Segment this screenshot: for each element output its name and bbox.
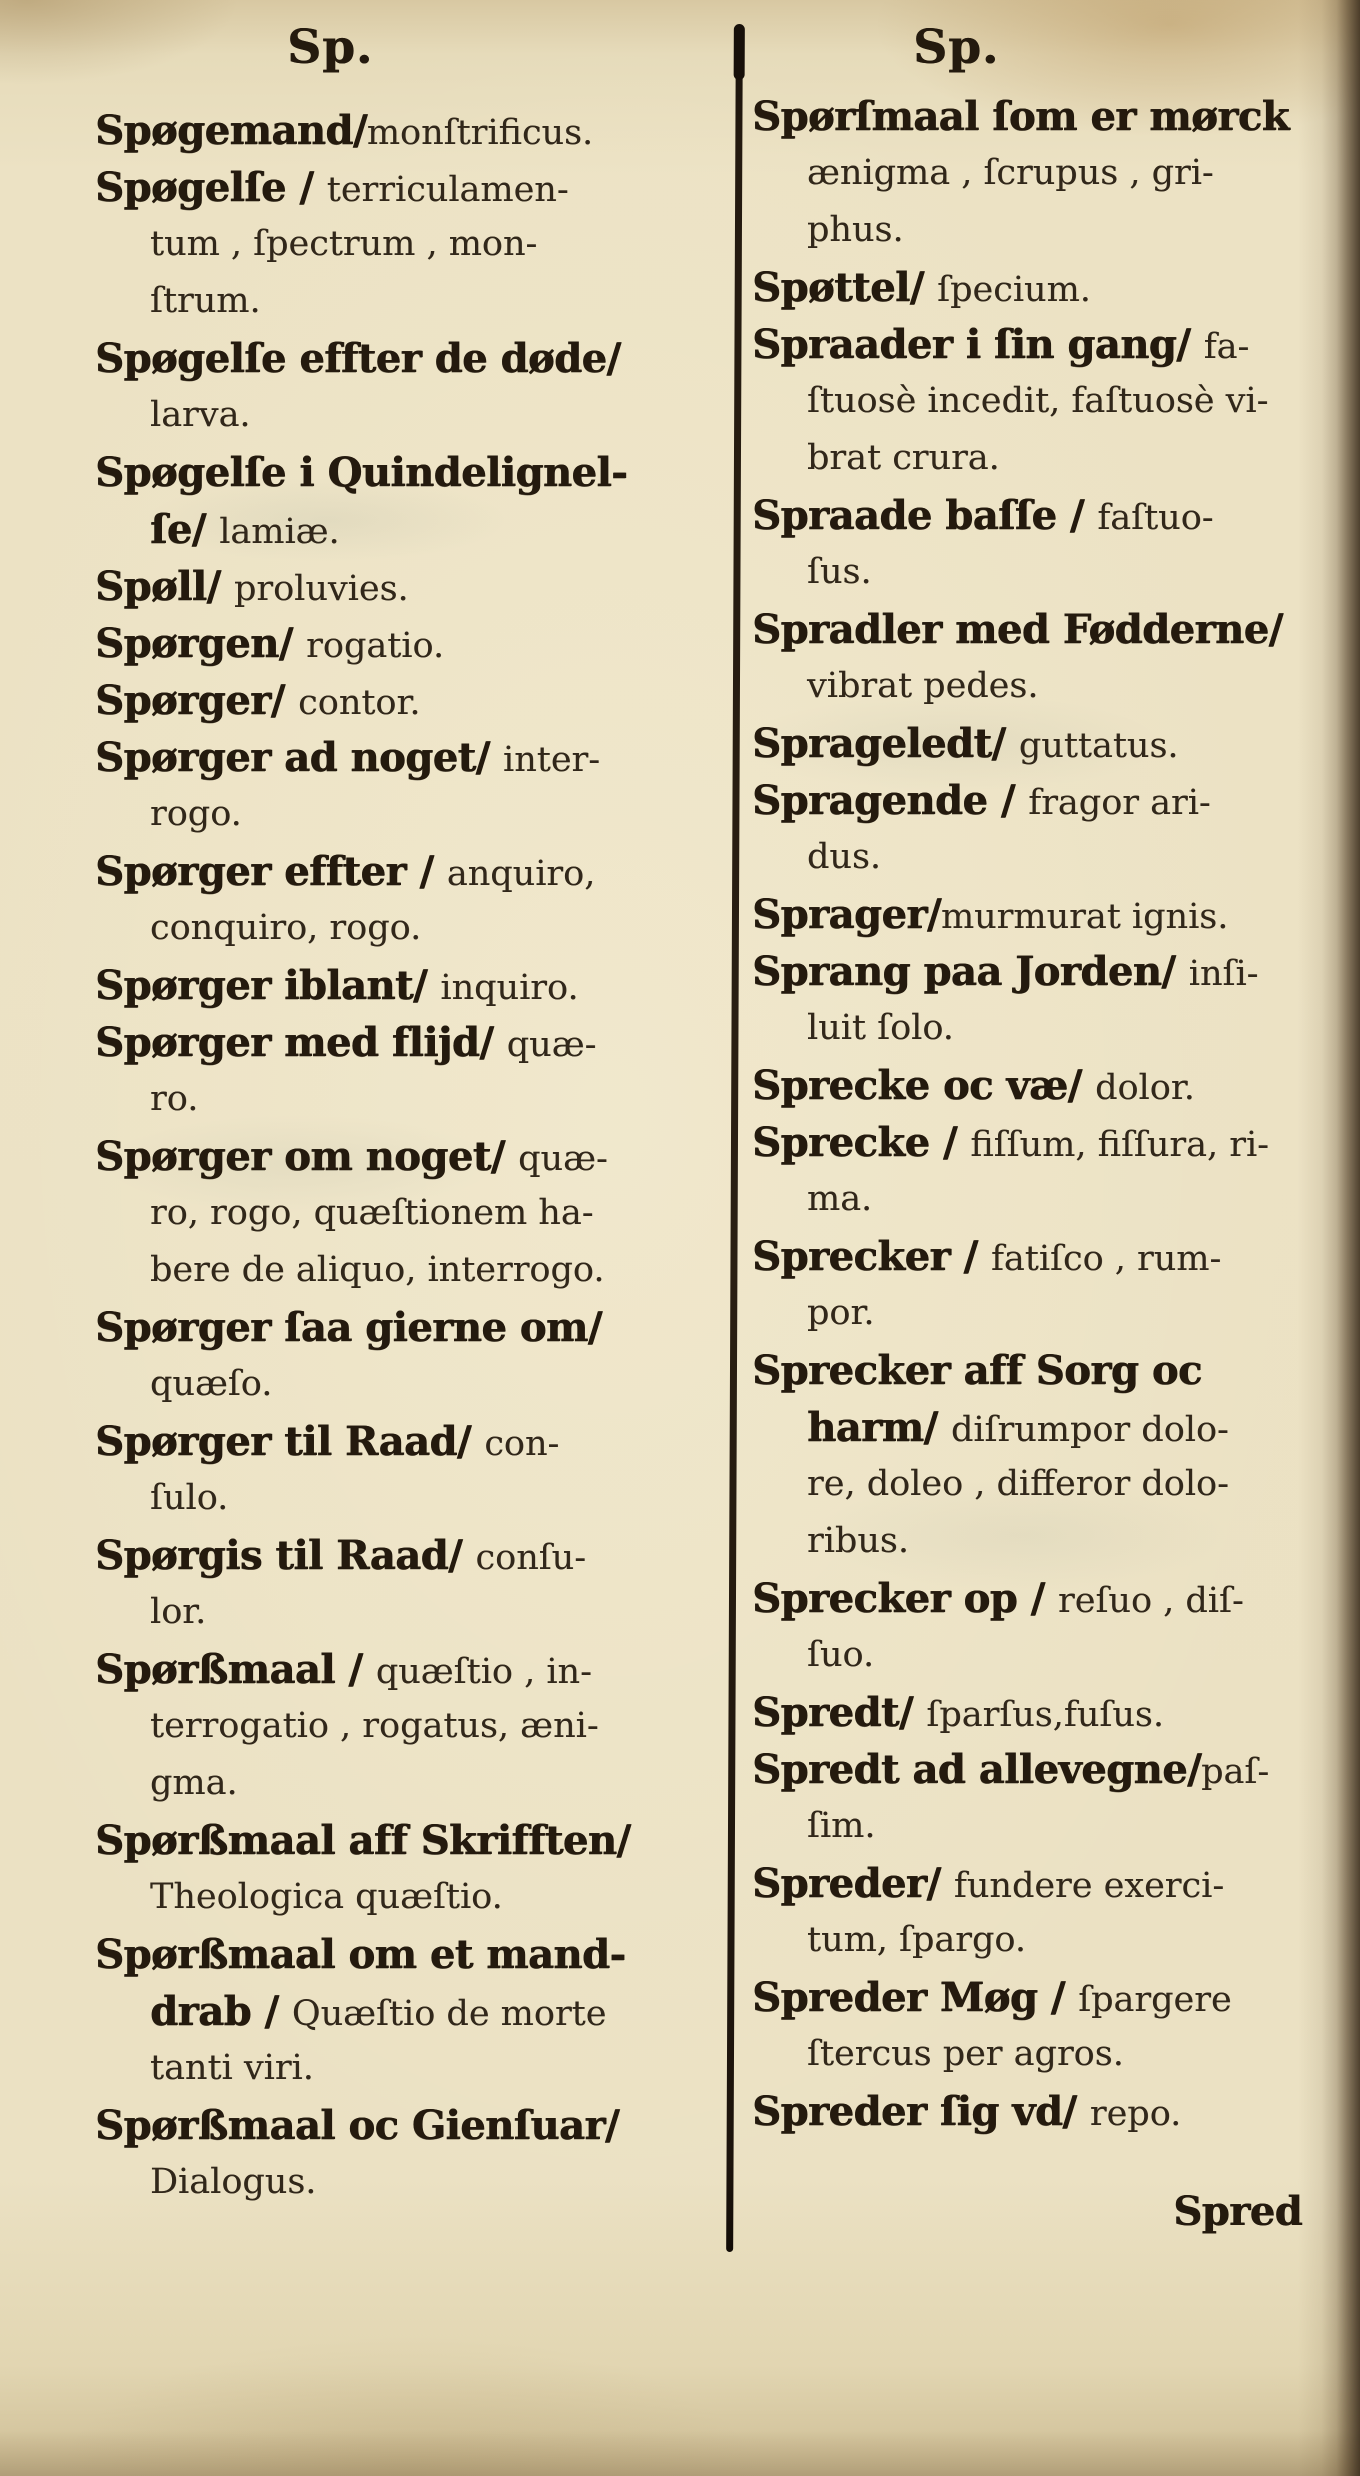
headword-text: Spørgen/ bbox=[95, 620, 306, 667]
entry-line: luit ſolo. bbox=[752, 1000, 1312, 1057]
latin-text: fatiſco , rum- bbox=[991, 1239, 1221, 1279]
column-divider-rule bbox=[726, 26, 743, 2252]
latin-text: ſtrum. bbox=[150, 281, 261, 321]
latin-text: lor. bbox=[150, 1592, 206, 1632]
entry-line: ribus. bbox=[752, 1513, 1312, 1570]
headword-text: Spradler med Fødderne/ bbox=[752, 606, 1283, 653]
latin-text: phus. bbox=[807, 210, 904, 250]
latin-text: paſ- bbox=[1201, 1752, 1269, 1792]
entry-line: harm/ diſrumpor dolo- bbox=[752, 1399, 1312, 1456]
bottom-paper-edge bbox=[0, 2430, 1360, 2476]
entry-line: phus. bbox=[752, 202, 1312, 259]
latin-text: Theologica quæſtio. bbox=[150, 1877, 503, 1917]
latin-text: gma. bbox=[150, 1763, 238, 1803]
entry-line: ſtrum. bbox=[95, 273, 717, 330]
headword-text: Spørgis til Raad/ bbox=[95, 1532, 476, 1579]
latin-text: monſtrificus. bbox=[367, 113, 593, 153]
entry-line: larva. bbox=[95, 387, 717, 444]
entry-line: Spøgelſe / terriculamen- bbox=[95, 159, 717, 216]
latin-text: ro. bbox=[150, 1079, 198, 1119]
entry-line: Sprecker / fatiſco , rum- bbox=[752, 1228, 1312, 1285]
headword-text: Spøgelſe effter de døde/ bbox=[95, 335, 621, 382]
dictionary-entry: Spreder/ fundere exerci-tum, ſpargo. bbox=[752, 1855, 1312, 1969]
headword-text: harm/ bbox=[807, 1404, 951, 1451]
headword-text: Sprageledt/ bbox=[752, 720, 1019, 767]
entry-line: Spørgen/ rogatio. bbox=[95, 615, 717, 672]
dictionary-entry: Spøgelſe effter de døde/larva. bbox=[95, 330, 717, 444]
entry-line: terrogatio , rogatus, æni- bbox=[95, 1698, 717, 1755]
headword-text: Sprecker / bbox=[752, 1233, 991, 1280]
latin-text: ro, rogo, quæſtionem ha- bbox=[150, 1193, 594, 1233]
headword-text: Spøgelſe / bbox=[95, 164, 327, 211]
headword-text: Spredt ad allevegne/ bbox=[752, 1746, 1201, 1793]
headword-text: Spraader i ſin gang/ bbox=[752, 321, 1204, 368]
entry-line: vibrat pedes. bbox=[752, 658, 1312, 715]
entry-line: Spreder/ fundere exerci- bbox=[752, 1855, 1312, 1912]
latin-text: tanti viri. bbox=[150, 2048, 314, 2088]
headword-text: Sprecke / bbox=[752, 1119, 970, 1166]
entry-line: conquiro, rogo. bbox=[95, 900, 717, 957]
headword-text: Sprecker aff Sorg oc bbox=[752, 1347, 1202, 1394]
dictionary-entry: Spørgis til Raad/ conſu-lor. bbox=[95, 1527, 717, 1641]
dictionary-entry: Spørßmaal oc Gienſuar/Dialogus. bbox=[95, 2097, 717, 2211]
latin-text: ſim. bbox=[807, 1806, 875, 1846]
entry-line: ſtercus per agros. bbox=[752, 2026, 1312, 2083]
headword-text: Spørger ad noget/ bbox=[95, 734, 503, 781]
entry-line: Spraade baſſe / faſtuo- bbox=[752, 487, 1312, 544]
latin-text: conquiro, rogo. bbox=[150, 908, 421, 948]
entry-line: Spøgelſe effter de døde/ bbox=[95, 330, 717, 387]
entry-line: Spørßmaal om et mand- bbox=[95, 1926, 717, 1983]
dictionary-entry: Spreder Møg / ſpargereſtercus per agros. bbox=[752, 1969, 1312, 2083]
entry-line: tanti viri. bbox=[95, 2040, 717, 2097]
entry-line: Spørſmaal ſom er mørck bbox=[752, 88, 1312, 145]
headword-text: Spørßmaal om et mand- bbox=[95, 1931, 625, 1978]
latin-text: terriculamen- bbox=[327, 170, 569, 210]
headword-text: Spørger med flijd/ bbox=[95, 1019, 507, 1066]
entry-line: Spørger effter / anquiro, bbox=[95, 843, 717, 900]
dictionary-entry: Spørßmaal om et mand-drab / Quæſtio de m… bbox=[95, 1926, 717, 2097]
running-head-right: Sp. bbox=[913, 20, 999, 75]
latin-text: inſi- bbox=[1189, 954, 1259, 994]
latin-text: reſuo , diſ- bbox=[1058, 1581, 1244, 1621]
headword-text: Sprecker op / bbox=[752, 1575, 1058, 1622]
entry-line: ſus. bbox=[752, 544, 1312, 601]
entry-line: Spreder Møg / ſpargere bbox=[752, 1969, 1312, 2026]
dictionary-entry: Spørgen/ rogatio. bbox=[95, 615, 717, 672]
dictionary-entry: Spøll/ proluvies. bbox=[95, 558, 717, 615]
entry-line: lor. bbox=[95, 1584, 717, 1641]
headword-text: drab / bbox=[150, 1988, 292, 2035]
dictionary-entry: Spreder ſig vd/ repo. bbox=[752, 2083, 1312, 2140]
latin-text: inquiro. bbox=[440, 968, 578, 1008]
entry-line: re, doleo , differor dolo- bbox=[752, 1456, 1312, 1513]
latin-text: fa- bbox=[1204, 327, 1250, 367]
dictionary-entry: Spredt/ ſparſus,fuſus. bbox=[752, 1684, 1312, 1741]
dictionary-entry: Spraader i ſin gang/ fa-ſtuosè incedit, … bbox=[752, 316, 1312, 487]
dictionary-entry: Sprecker aff Sorg ocharm/ diſrumpor dolo… bbox=[752, 1342, 1312, 1570]
dictionary-entry: Spørger/ contor. bbox=[95, 672, 717, 729]
headword-text: Spørßmaal aff Skrifften/ bbox=[95, 1817, 630, 1864]
headword-text: Spørßmaal oc Gienſuar/ bbox=[95, 2102, 619, 2149]
headword-text: Spreder ſig vd/ bbox=[752, 2088, 1090, 2135]
entry-line: Spørger/ contor. bbox=[95, 672, 717, 729]
headword-text: Spørger/ bbox=[95, 677, 298, 724]
latin-text: dus. bbox=[807, 837, 881, 877]
latin-text: faſtuo- bbox=[1097, 498, 1213, 538]
dictionary-entry: Sprecker op / reſuo , diſ-ſuo. bbox=[752, 1570, 1312, 1684]
entry-line: por. bbox=[752, 1285, 1312, 1342]
entry-line: Spørger til Raad/ con- bbox=[95, 1413, 717, 1470]
entry-line: Sprager/murmurat ignis. bbox=[752, 886, 1312, 943]
entry-line: quæſo. bbox=[95, 1356, 717, 1413]
dictionary-entry: Spørger til Raad/ con-ſulo. bbox=[95, 1413, 717, 1527]
dictionary-entry: Spragende / fragor ari-dus. bbox=[752, 772, 1312, 886]
entry-line: ſtuosè incedit, faſtuosè vi- bbox=[752, 373, 1312, 430]
entry-line: ſe/ lamiæ. bbox=[95, 501, 717, 558]
entry-line: Spragende / fragor ari- bbox=[752, 772, 1312, 829]
headword-text: Spørger til Raad/ bbox=[95, 1418, 484, 1465]
dictionary-entry: Spørger ſaa gierne om/quæſo. bbox=[95, 1299, 717, 1413]
entry-line: Sprecke / fiſſum, fiſſura, ri- bbox=[752, 1114, 1312, 1171]
latin-text: ſus. bbox=[807, 552, 872, 592]
dictionary-entry: Spøgelſe i Quindelignel-ſe/ lamiæ. bbox=[95, 444, 717, 558]
latin-text: fiſſum, fiſſura, ri- bbox=[970, 1125, 1269, 1165]
headword-text: Spøttel/ bbox=[752, 264, 937, 311]
dictionary-entry: Spørger effter / anquiro,conquiro, rogo. bbox=[95, 843, 717, 957]
headword-text: Sprecke oc væ/ bbox=[752, 1062, 1095, 1109]
dictionary-entry: Spørſmaal ſom er mørckænigma , ſcrupus ,… bbox=[752, 88, 1312, 259]
entry-line: ænigma , ſcrupus , gri- bbox=[752, 145, 1312, 202]
entry-line: Spørger ad noget/ inter- bbox=[95, 729, 717, 786]
entry-line: rogo. bbox=[95, 786, 717, 843]
dictionary-entry: Sprang paa Jorden/ inſi-luit ſolo. bbox=[752, 943, 1312, 1057]
entry-line: Spørßmaal / quæſtio , in- bbox=[95, 1641, 717, 1698]
latin-text: Dialogus. bbox=[150, 2162, 316, 2202]
latin-text: re, doleo , differor dolo- bbox=[807, 1464, 1229, 1504]
entry-line: Spradler med Fødderne/ bbox=[752, 601, 1312, 658]
latin-text: ribus. bbox=[807, 1521, 909, 1561]
entry-line: Spøgelſe i Quindelignel- bbox=[95, 444, 717, 501]
dictionary-entry: Sprecke oc væ/ dolor. bbox=[752, 1057, 1312, 1114]
entry-line: Spørßmaal aff Skrifften/ bbox=[95, 1812, 717, 1869]
latin-text: bere de aliquo, interrogo. bbox=[150, 1250, 605, 1290]
latin-text: rogo. bbox=[150, 794, 242, 834]
entry-line: ro. bbox=[95, 1071, 717, 1128]
latin-text: ſuo. bbox=[807, 1635, 874, 1675]
entry-line: Spørßmaal oc Gienſuar/ bbox=[95, 2097, 717, 2154]
latin-text: ſtuosè incedit, faſtuosè vi- bbox=[807, 381, 1268, 421]
headword-text: Spøgemand/ bbox=[95, 107, 367, 154]
entry-line: Spraader i ſin gang/ fa- bbox=[752, 316, 1312, 373]
latin-text: murmurat ignis. bbox=[941, 897, 1228, 937]
latin-text: luit ſolo. bbox=[807, 1008, 954, 1048]
entry-line: ſulo. bbox=[95, 1470, 717, 1527]
entry-line: Spørger om noget/ quæ- bbox=[95, 1128, 717, 1185]
dictionary-entry: Spørger med flijd/ quæ-ro. bbox=[95, 1014, 717, 1128]
dictionary-entry: Spørßmaal aff Skrifften/Theologica quæſt… bbox=[95, 1812, 717, 1926]
latin-text: fundere exerci- bbox=[954, 1866, 1224, 1906]
headword-text: Spreder Møg / bbox=[752, 1974, 1078, 2021]
latin-text: ſtercus per agros. bbox=[807, 2034, 1124, 2074]
column-right: Spørſmaal ſom er mørckænigma , ſcrupus ,… bbox=[752, 88, 1312, 2140]
headword-text: Sprang paa Jorden/ bbox=[752, 948, 1189, 995]
headword-text: Spørger effter / bbox=[95, 848, 447, 895]
entry-line: bere de aliquo, interrogo. bbox=[95, 1242, 717, 1299]
entry-line: Spøgemand/monſtrificus. bbox=[95, 102, 717, 159]
latin-text: quæ- bbox=[518, 1139, 608, 1179]
headword-text: Spøll/ bbox=[95, 563, 234, 610]
headword-text: Spørſmaal ſom er mørck bbox=[752, 93, 1289, 140]
dictionary-entry: Sprager/murmurat ignis. bbox=[752, 886, 1312, 943]
latin-text: guttatus. bbox=[1019, 726, 1179, 766]
latin-text: proluvies. bbox=[234, 569, 409, 609]
dictionary-entry: Spørger om noget/ quæ-ro, rogo, quæſtion… bbox=[95, 1128, 717, 1299]
dictionary-entry: Spøttel/ ſpecium. bbox=[752, 259, 1312, 316]
headword-text: Spreder/ bbox=[752, 1860, 954, 1907]
dictionary-entry: Sprageledt/ guttatus. bbox=[752, 715, 1312, 772]
latin-text: Quæſtio de morte bbox=[292, 1994, 607, 2034]
entry-line: tum, ſpargo. bbox=[752, 1912, 1312, 1969]
headword-text: Spraade baſſe / bbox=[752, 492, 1097, 539]
latin-text: conſu- bbox=[476, 1538, 587, 1578]
entry-line: Dialogus. bbox=[95, 2154, 717, 2211]
entry-line: Sprang paa Jorden/ inſi- bbox=[752, 943, 1312, 1000]
dictionary-entry: Spørßmaal / quæſtio , in-terrogatio , ro… bbox=[95, 1641, 717, 1812]
latin-text: ſpargere bbox=[1078, 1980, 1232, 2020]
entry-line: Theologica quæſtio. bbox=[95, 1869, 717, 1926]
catchword: Spred bbox=[1173, 2188, 1302, 2235]
headword-text: Spragende / bbox=[752, 777, 1028, 824]
headword-text: Sprager/ bbox=[752, 891, 941, 938]
latin-text: vibrat pedes. bbox=[807, 666, 1038, 706]
dictionary-entry: Spørger iblant/ inquiro. bbox=[95, 957, 717, 1014]
dictionary-entry: Spradler med Fødderne/vibrat pedes. bbox=[752, 601, 1312, 715]
headword-text: Spredt/ bbox=[752, 1689, 926, 1736]
latin-text: ma. bbox=[807, 1179, 872, 1219]
entry-line: brat crura. bbox=[752, 430, 1312, 487]
latin-text: ænigma , ſcrupus , gri- bbox=[807, 153, 1214, 193]
entry-line: Spørgis til Raad/ conſu- bbox=[95, 1527, 717, 1584]
latin-text: quæſo. bbox=[150, 1364, 272, 1404]
latin-text: lamiæ. bbox=[219, 512, 339, 552]
headword-text: Spørßmaal / bbox=[95, 1646, 376, 1693]
headword-text: ſe/ bbox=[150, 506, 219, 553]
dictionary-entry: Spøgemand/monſtrificus. bbox=[95, 102, 717, 159]
latin-text: con- bbox=[484, 1424, 559, 1464]
entry-line: Spreder ſig vd/ repo. bbox=[752, 2083, 1312, 2140]
entry-line: Spøll/ proluvies. bbox=[95, 558, 717, 615]
dictionary-entry: Spraade baſſe / faſtuo-ſus. bbox=[752, 487, 1312, 601]
entry-line: Sprecker op / reſuo , diſ- bbox=[752, 1570, 1312, 1627]
entry-line: Spredt/ ſparſus,fuſus. bbox=[752, 1684, 1312, 1741]
entry-line: drab / Quæſtio de morte bbox=[95, 1983, 717, 2040]
dictionary-entry: Spørger ad noget/ inter-rogo. bbox=[95, 729, 717, 843]
headword-text: Spøgelſe i Quindelignel- bbox=[95, 449, 627, 496]
entry-line: tum , ſpectrum , mon- bbox=[95, 216, 717, 273]
dictionary-entry: Spredt ad allevegne/paſ-ſim. bbox=[752, 1741, 1312, 1855]
latin-text: brat crura. bbox=[807, 438, 1000, 478]
dictionary-entry: Sprecker / fatiſco , rum-por. bbox=[752, 1228, 1312, 1342]
headword-text: Spørger ſaa gierne om/ bbox=[95, 1304, 602, 1351]
latin-text: quæ- bbox=[507, 1025, 597, 1065]
entry-line: dus. bbox=[752, 829, 1312, 886]
dictionary-entry: Sprecke / fiſſum, fiſſura, ri-ma. bbox=[752, 1114, 1312, 1228]
latin-text: terrogatio , rogatus, æni- bbox=[150, 1706, 599, 1746]
latin-text: tum , ſpectrum , mon- bbox=[150, 224, 537, 264]
latin-text: por. bbox=[807, 1293, 875, 1333]
latin-text: larva. bbox=[150, 395, 251, 435]
latin-text: anquiro, bbox=[447, 854, 595, 894]
page-edge-shadow bbox=[1298, 0, 1360, 2476]
entry-line: ro, rogo, quæſtionem ha- bbox=[95, 1185, 717, 1242]
latin-text: quæſtio , in- bbox=[376, 1652, 592, 1692]
entry-line: Spørger ſaa gierne om/ bbox=[95, 1299, 717, 1356]
latin-text: diſrumpor dolo- bbox=[951, 1410, 1229, 1450]
latin-text: tum, ſpargo. bbox=[807, 1920, 1026, 1960]
latin-text: fragor ari- bbox=[1028, 783, 1211, 823]
entry-line: Spredt ad allevegne/paſ- bbox=[752, 1741, 1312, 1798]
latin-text: repo. bbox=[1090, 2094, 1181, 2134]
entry-line: Spørger iblant/ inquiro. bbox=[95, 957, 717, 1014]
dictionary-entry: Spøgelſe / terriculamen-tum , ſpectrum ,… bbox=[95, 159, 717, 330]
headword-text: Spørger iblant/ bbox=[95, 962, 440, 1009]
headword-text: Spørger om noget/ bbox=[95, 1133, 518, 1180]
latin-text: ſpecium. bbox=[937, 270, 1091, 310]
latin-text: dolor. bbox=[1095, 1068, 1195, 1108]
entry-line: ſuo. bbox=[752, 1627, 1312, 1684]
entry-line: ſim. bbox=[752, 1798, 1312, 1855]
entry-line: Spørger med flijd/ quæ- bbox=[95, 1014, 717, 1071]
column-left: Spøgemand/monſtrificus.Spøgelſe / terric… bbox=[95, 102, 717, 2211]
latin-text: rogatio. bbox=[306, 626, 444, 666]
latin-text: ſulo. bbox=[150, 1478, 228, 1518]
entry-line: Sprecker aff Sorg oc bbox=[752, 1342, 1312, 1399]
entry-line: Sprecke oc væ/ dolor. bbox=[752, 1057, 1312, 1114]
entry-line: gma. bbox=[95, 1755, 717, 1812]
scanned-dictionary-page: Sp. Sp. Spøgemand/monſtrificus.Spøgelſe … bbox=[0, 0, 1360, 2476]
latin-text: inter- bbox=[503, 740, 600, 780]
entry-line: Spøttel/ ſpecium. bbox=[752, 259, 1312, 316]
latin-text: ſparſus,fuſus. bbox=[926, 1695, 1164, 1735]
latin-text: contor. bbox=[298, 683, 420, 723]
entry-line: Sprageledt/ guttatus. bbox=[752, 715, 1312, 772]
running-head-left: Sp. bbox=[287, 20, 373, 75]
entry-line: ma. bbox=[752, 1171, 1312, 1228]
